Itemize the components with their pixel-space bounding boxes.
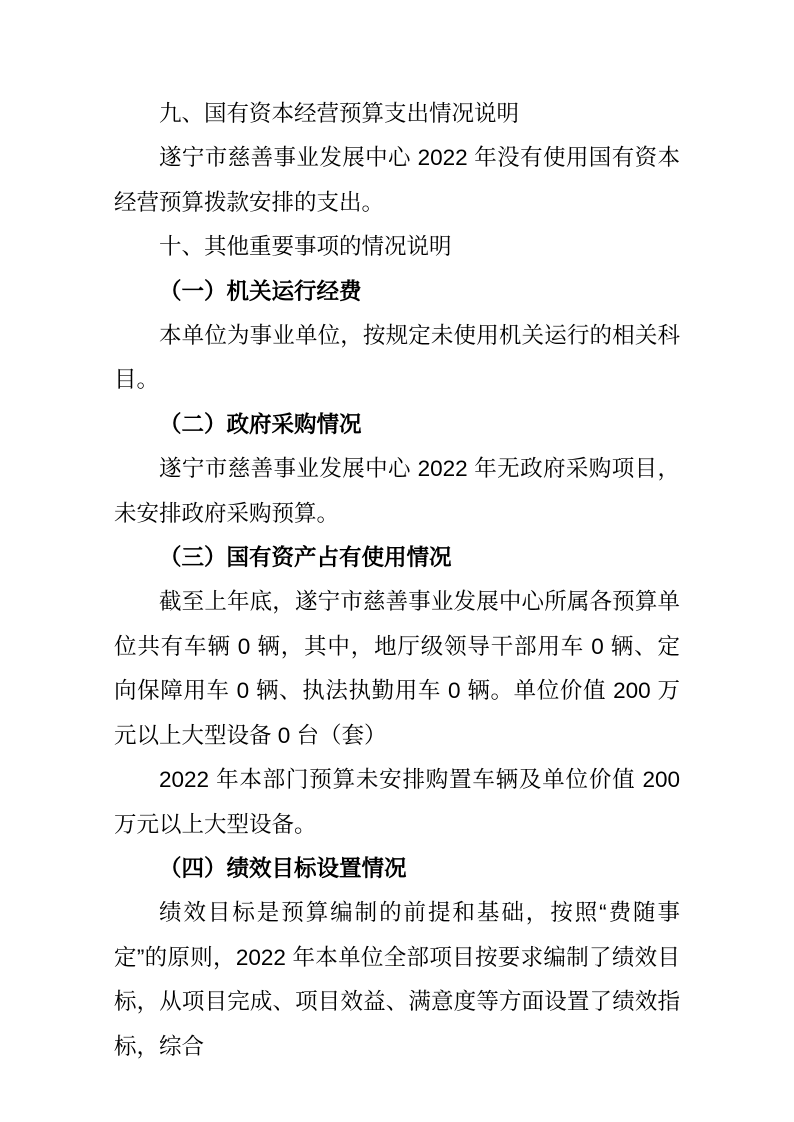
paragraph-state-assets-vehicles: 截至上年底，遂宁市慈善事业发展中心所属各预算单位共有车辆 0 辆，其中，地厅级领… xyxy=(114,580,680,758)
subheading-state-assets: （三）国有资产占有使用情况 xyxy=(114,536,680,580)
paragraph-no-vehicle-purchase: 2022 年本部门预算未安排购置车辆及单位价值 200 万元以上大型设备。 xyxy=(114,758,680,847)
paragraph-agency-operating-fund: 本单位为事业单位，按规定未使用机关运行的相关科目。 xyxy=(114,314,680,403)
section-heading-nine: 九、国有资本经营预算支出情况说明 xyxy=(114,92,680,136)
document-body: 九、国有资本经营预算支出情况说明 遂宁市慈善事业发展中心 2022 年没有使用国… xyxy=(114,92,680,1069)
paragraph-government-procurement: 遂宁市慈善事业发展中心 2022 年无政府采购项目，未安排政府采购预算。 xyxy=(114,447,680,536)
subheading-agency-operating-fund: （一）机关运行经费 xyxy=(114,270,680,314)
subheading-performance-targets: （四）绩效目标设置情况 xyxy=(114,847,680,891)
subheading-government-procurement: （二）政府采购情况 xyxy=(114,403,680,447)
paragraph-state-capital-expenditure: 遂宁市慈善事业发展中心 2022 年没有使用国有资本经营预算拨款安排的支出。 xyxy=(114,136,680,225)
paragraph-performance-targets: 绩效目标是预算编制的前提和基础，按照“费随事定”的原则，2022 年本单位全部项… xyxy=(114,891,680,1069)
section-heading-ten: 十、其他重要事项的情况说明 xyxy=(114,225,680,269)
document-page: 九、国有资本经营预算支出情况说明 遂宁市慈善事业发展中心 2022 年没有使用国… xyxy=(0,0,794,1122)
